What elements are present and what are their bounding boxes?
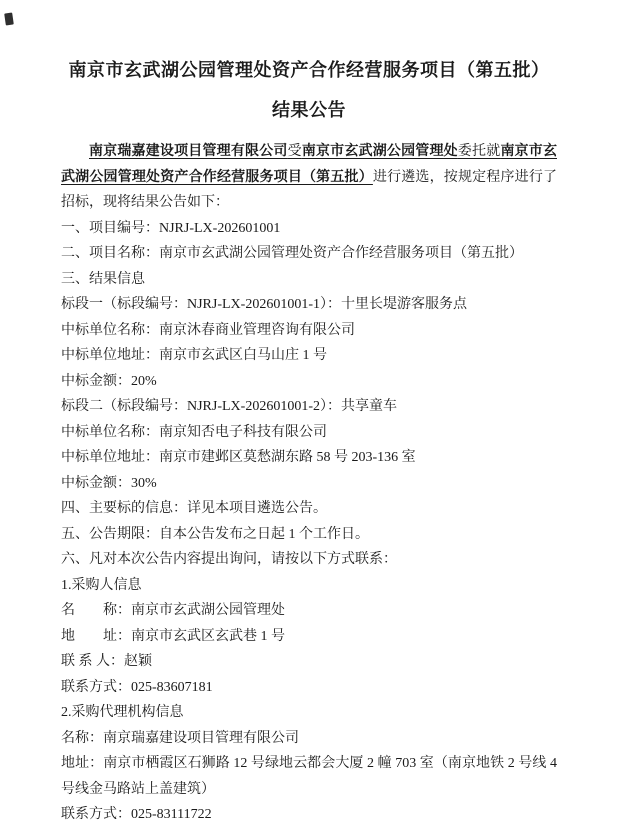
- document-line: 2.采购代理机构信息: [61, 700, 557, 726]
- intro-segment: 南京瑞嘉建设项目管理有限公司: [89, 144, 288, 159]
- intro-segment: 南京市玄武湖公园管理处: [302, 144, 458, 159]
- document-line: 联 系 人：赵颖: [61, 649, 557, 675]
- scan-artifact-mark: [4, 13, 14, 26]
- document-line: 中标单位名称：南京沐春商业管理咨询有限公司: [61, 318, 557, 344]
- document-line: 标段二（标段编号：NJRJ-LX-202601001-2）：共享童车: [61, 394, 557, 420]
- document-title-line2: 结果公告: [61, 90, 557, 130]
- document-page: 南京市玄武湖公园管理处资产合作经营服务项目（第五批） 结果公告 南京瑞嘉建设项目…: [0, 0, 617, 823]
- document-line: 三、结果信息: [61, 267, 557, 293]
- document-line: 六、凡对本次公告内容提出询问，请按以下方式联系：: [61, 547, 557, 573]
- document-line: 中标单位地址：南京市玄武区白马山庄 1 号: [61, 343, 557, 369]
- document-line: 名 称：南京市玄武湖公园管理处: [61, 598, 557, 624]
- document-line: 标段一（标段编号：NJRJ-LX-202601001-1）：十里长堤游客服务点: [61, 292, 557, 318]
- intro-paragraph: 南京瑞嘉建设项目管理有限公司受南京市玄武湖公园管理处委托就南京市玄武湖公园管理处…: [61, 139, 557, 216]
- document-line: 地 址：南京市玄武区玄武巷 1 号: [61, 624, 557, 650]
- document-content: 南京市玄武湖公园管理处资产合作经营服务项目（第五批） 结果公告 南京瑞嘉建设项目…: [61, 50, 557, 823]
- document-line: 中标金额：20%: [61, 369, 557, 395]
- document-line: 五、公告期限：自本公告发布之日起 1 个工作日。: [61, 522, 557, 548]
- document-line: 中标金额：30%: [61, 471, 557, 497]
- document-line: 联系方式：025-83607181: [61, 675, 557, 701]
- document-line: 中标单位名称：南京知否电子科技有限公司: [61, 420, 557, 446]
- document-line: 四、主要标的信息：详见本项目遴选公告。: [61, 496, 557, 522]
- document-line: 地址：南京市栖霞区石狮路 12 号绿地云都会大厦 2 幢 703 室（南京地铁 …: [61, 751, 557, 802]
- intro-segment: 委托就: [458, 144, 501, 159]
- document-line: 1.采购人信息: [61, 573, 557, 599]
- document-line: 名称：南京瑞嘉建设项目管理有限公司: [61, 726, 557, 752]
- document-title-line1: 南京市玄武湖公园管理处资产合作经营服务项目（第五批）: [61, 50, 557, 90]
- intro-segment: 受: [288, 144, 302, 159]
- document-line: 一、项目编号：NJRJ-LX-202601001: [61, 216, 557, 242]
- document-line: 中标单位地址：南京市建邺区莫愁湖东路 58 号 203-136 室: [61, 445, 557, 471]
- document-line: 二、项目名称：南京市玄武湖公园管理处资产合作经营服务项目（第五批）: [61, 241, 557, 267]
- document-line: 联系方式：025-83111722: [61, 802, 557, 823]
- document-lines: 一、项目编号：NJRJ-LX-202601001二、项目名称：南京市玄武湖公园管…: [61, 216, 557, 823]
